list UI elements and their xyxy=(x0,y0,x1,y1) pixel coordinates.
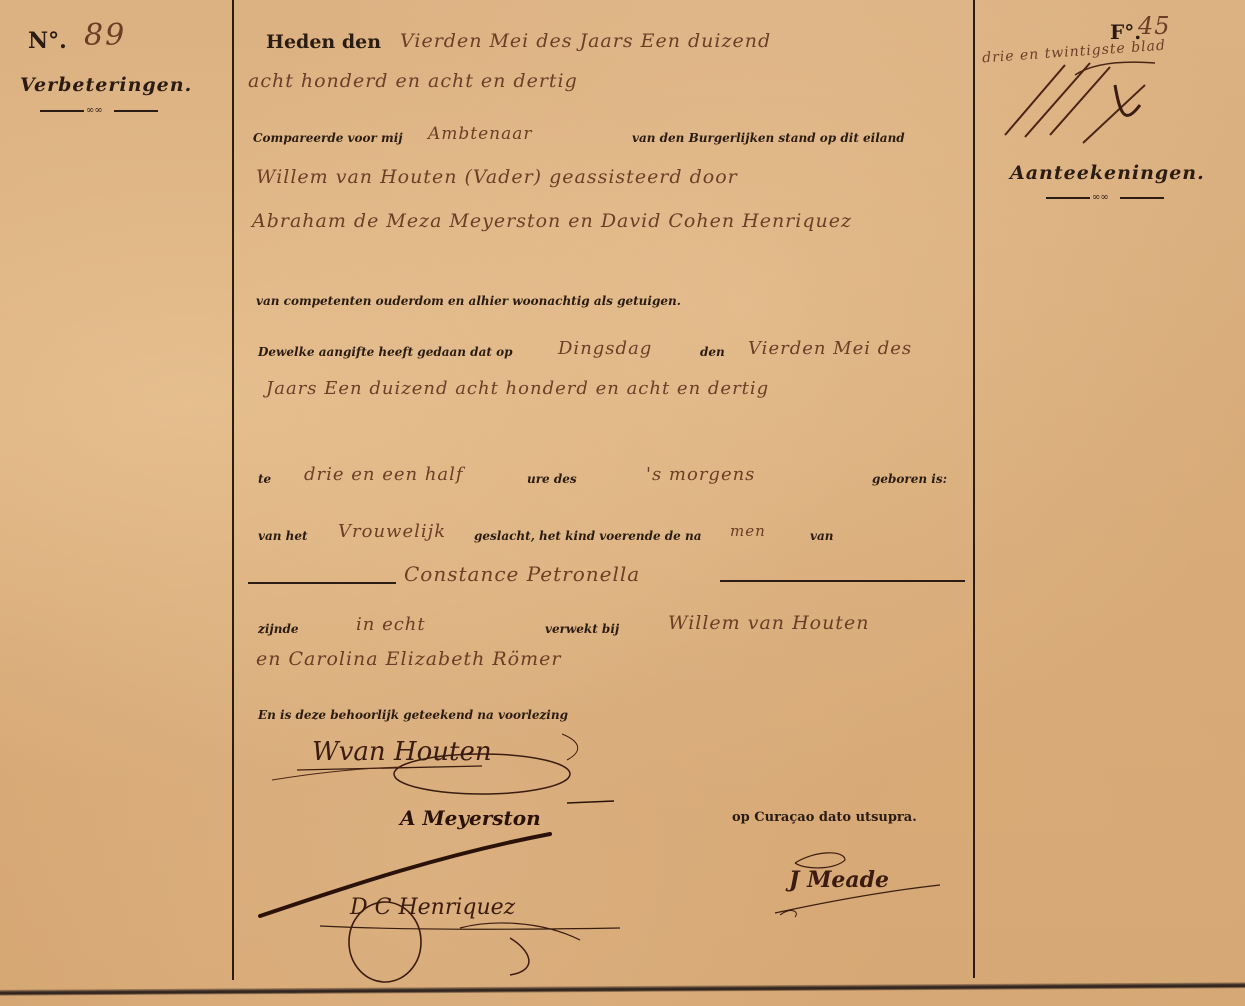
official-title: Ambtenaar xyxy=(428,124,533,144)
declarant-line: Willem van Houten (Vader) geassisteerd d… xyxy=(256,166,738,188)
father-name: Willem van Houten xyxy=(668,612,869,634)
left-column-border xyxy=(232,0,234,980)
signing-clause: En is deze behoorlijk geteekend na voorl… xyxy=(258,708,568,722)
annotations-heading: Aanteekeningen. xyxy=(1010,162,1205,184)
fathered-by-label: verwekt bij xyxy=(545,622,619,636)
legitimacy-status: in echt xyxy=(356,614,426,635)
record-date-year: acht honderd en acht en dertig xyxy=(248,70,578,92)
record-date: Vierden Mei des Jaars Een duizend xyxy=(400,30,771,52)
ornament-divider-right: ∞∞ xyxy=(1046,193,1164,203)
svg-text:Wvan Houten: Wvan Houten xyxy=(312,737,492,767)
birth-date: Vierden Mei des xyxy=(748,338,912,359)
declaration-label: Dewelke aangifte heeft gedaan dat op xyxy=(258,345,512,359)
civil-registry-label: van den Burgerlijken stand op dit eiland xyxy=(632,131,905,145)
register-number: 89 xyxy=(84,18,126,53)
witnesses-clause: van competenten ouderdom en alhier woona… xyxy=(256,294,681,308)
number-label: N°. xyxy=(28,28,67,54)
margin-paraph-signature xyxy=(995,55,1175,155)
birth-period: 's morgens xyxy=(646,464,755,485)
name-rule-right xyxy=(720,580,965,582)
signature-official: J Meade xyxy=(775,845,955,925)
hour-label: ure des xyxy=(527,472,577,486)
svg-text:D C Henriquez: D C Henriquez xyxy=(349,895,516,920)
name-rule-left xyxy=(248,582,396,584)
names-correction: men xyxy=(730,522,766,540)
ornament-divider: ∞∞ xyxy=(40,106,158,116)
born-label: geboren is: xyxy=(872,472,947,486)
birth-year: Jaars Een duizend acht honderd en acht e… xyxy=(266,378,769,399)
corrections-heading: Verbeteringen. xyxy=(20,74,192,96)
mother-name: en Carolina Elizabeth Römer xyxy=(256,648,561,670)
right-column-border xyxy=(973,0,975,978)
sex-prefix: van het xyxy=(258,529,308,543)
van-label: van xyxy=(810,529,833,543)
birth-hour: drie en een half xyxy=(304,464,464,485)
birth-weekday: Dingsdag xyxy=(558,338,652,359)
appeared-label: Compareerde voor mij xyxy=(253,131,403,145)
folio-number: 45 xyxy=(1138,12,1171,40)
signature-henriquez: D C Henriquez xyxy=(300,880,640,980)
child-name: Constance Petronella xyxy=(404,562,640,586)
svg-text:J Meade: J Meade xyxy=(785,867,889,893)
witness-names-line: Abraham de Meza Meyerston en David Cohen… xyxy=(252,210,852,232)
den-label: den xyxy=(700,345,725,359)
child-sex: Vrouwelijk xyxy=(338,521,446,542)
page-bottom-edge xyxy=(0,982,1245,996)
sex-suffix: geslacht, het kind voerende de na xyxy=(474,529,702,543)
te-label: te xyxy=(258,472,271,486)
place-clause: op Curaçao dato utsupra. xyxy=(732,810,917,825)
signature-van-houten: Wvan Houten xyxy=(262,722,622,802)
status-label: zijnde xyxy=(258,622,298,636)
date-prefix: Heden den xyxy=(266,31,381,53)
